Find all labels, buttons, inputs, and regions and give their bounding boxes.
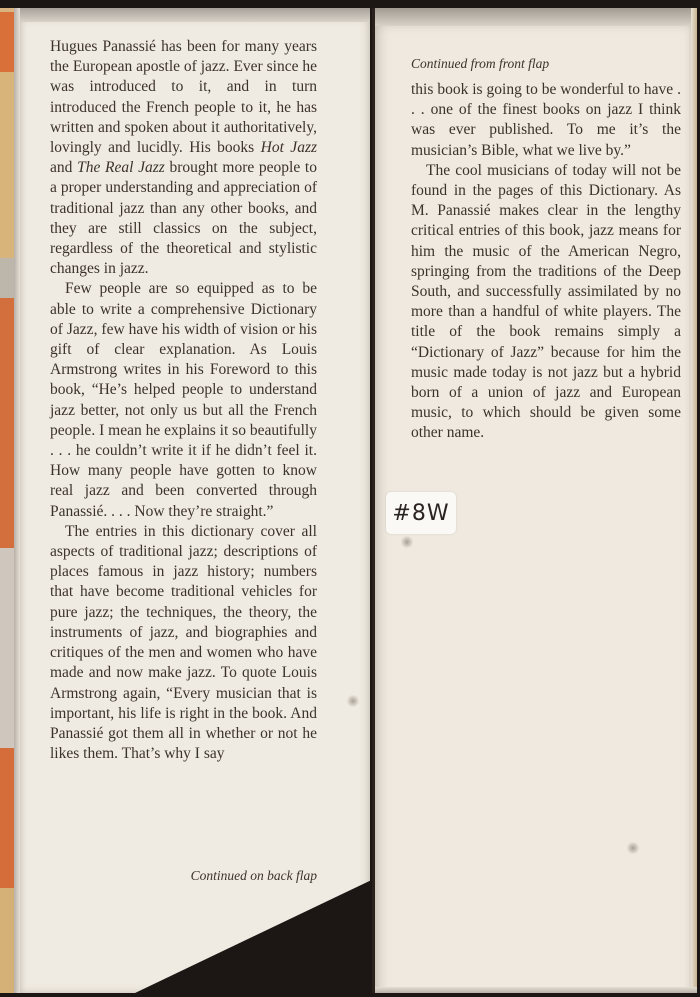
text-segment: The cool musicians of today will not be … xyxy=(411,162,681,442)
text-segment: brought more people to a proper understa… xyxy=(50,159,317,277)
ink-smudge xyxy=(400,536,414,548)
back-flap-text: this book is going to be wonderful to ha… xyxy=(411,80,681,444)
continued-on-back-flap-note: Continued on back flap xyxy=(172,868,317,884)
back-paragraph-2: The cool musicians of today will not be … xyxy=(411,161,681,444)
front-paragraph-2: Few people are so equipped as to be able… xyxy=(50,279,317,521)
front-flap-text: Hugues Panassié has been for many years … xyxy=(50,37,317,764)
page-top-edge xyxy=(14,8,370,22)
book-jacket-scan: Hugues Panassié has been for many years … xyxy=(0,0,700,997)
book-title-real-jazz: The Real Jazz xyxy=(77,159,165,176)
page-top-edge xyxy=(375,8,697,26)
page-left-edge xyxy=(14,8,20,993)
ink-smudge xyxy=(346,695,360,707)
page-right-edge xyxy=(691,8,697,993)
text-segment: and xyxy=(50,159,77,176)
handwritten-price-sticker: #8W xyxy=(386,492,456,534)
text-segment: Few people are so equipped as to be able… xyxy=(50,280,317,519)
text-segment: The entries in this dictionary cover all… xyxy=(50,523,317,762)
text-segment: this book is going to be wonderful to ha… xyxy=(411,81,681,159)
continued-from-front-flap-note: Continued from front flap xyxy=(411,56,681,72)
ink-smudge xyxy=(626,842,640,854)
front-paragraph-3: The entries in this dictionary cover all… xyxy=(50,522,317,764)
book-title-hot-jazz: Hot Jazz xyxy=(261,139,317,156)
back-paragraph-1: this book is going to be wonderful to ha… xyxy=(411,80,681,161)
front-paragraph-1: Hugues Panassié has been for many years … xyxy=(50,37,317,279)
page-bottom-edge xyxy=(375,987,697,993)
